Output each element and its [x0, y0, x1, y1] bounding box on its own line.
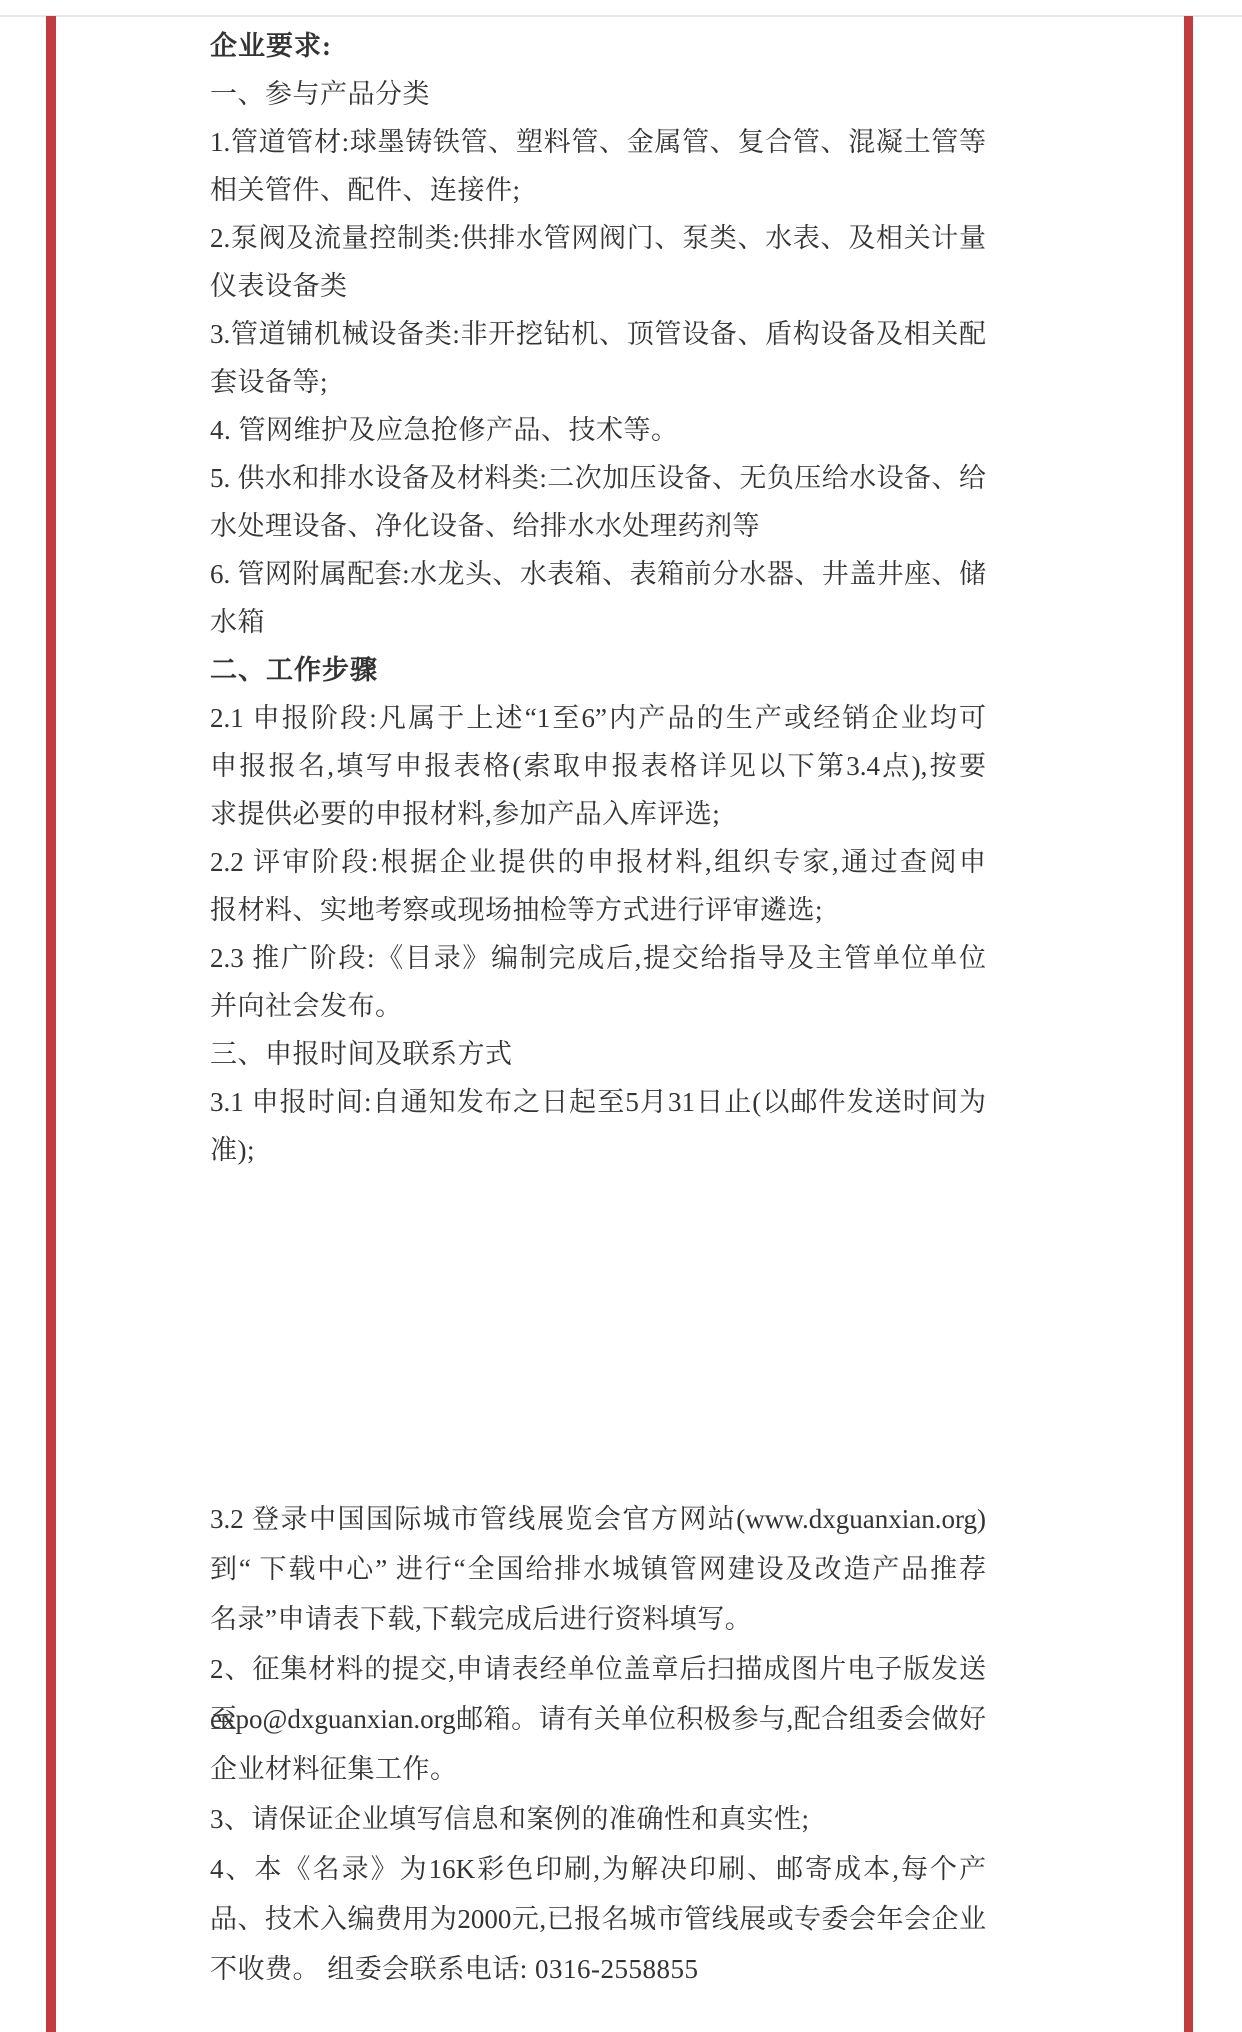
document-line: 2.3 推广阶段:《目录》编制完成后,提交给指导及主管单位单位 [210, 934, 986, 982]
top-divider-line [0, 15, 1242, 17]
right-red-bar [1184, 16, 1193, 2032]
document-line: 企业要求: [210, 22, 986, 70]
document-line: 4、本《名录》为16K彩色印刷,为解决印刷、邮寄成本,每个产 [210, 1844, 986, 1894]
document-line: 求提供必要的申报材料,参加产品入库评选; [210, 790, 986, 838]
document-line: 三、申报时间及联系方式 [210, 1030, 986, 1078]
document-line: 相关管件、配件、连接件; [210, 166, 986, 214]
document-line: 品、技术入编费用为2000元,已报名城市管线展或专委会年会企业 [210, 1894, 986, 1944]
document-line: 3.管道铺机械设备类:非开挖钻机、顶管设备、盾构设备及相关配 [210, 310, 986, 358]
blank-gap [210, 1174, 986, 1494]
document-line: 3、请保证企业填写信息和案例的准确性和真实性; [210, 1794, 986, 1844]
document-line: 申报报名,填写申报表格(索取申报表格详见以下第3.4点),按要 [210, 742, 986, 790]
document-line: 水箱 [210, 598, 986, 646]
document-line: 准); [210, 1126, 986, 1174]
document-line: 名录”申请表下载,下载完成后进行资料填写。 [210, 1594, 986, 1644]
document-line: 二、工作步骤 [210, 646, 986, 694]
document-block-2: 3.2 登录中国国际城市管线展览会官方网站(www.dxguanxian.org… [210, 1494, 986, 1994]
document-line: 2.2 评审阶段:根据企业提供的申报材料,组织专家,通过查阅申 [210, 838, 986, 886]
left-red-bar [46, 16, 56, 2032]
document-line: 水处理设备、净化设备、给排水水处理药剂等 [210, 502, 986, 550]
document-line: 1.管道管材:球墨铸铁管、塑料管、金属管、复合管、混凝土管等 [210, 118, 986, 166]
document-content: 企业要求:一、参与产品分类1.管道管材:球墨铸铁管、塑料管、金属管、复合管、混凝… [210, 22, 986, 1994]
document-line: 到“ 下载中心” 进行“全国给排水城镇管网建设及改造产品推荐 [210, 1544, 986, 1594]
document-line: expo@dxguanxian.org邮箱。请有关单位积极参与,配合组委会做好 [210, 1694, 986, 1744]
document-line: 套设备等; [210, 358, 986, 406]
document-line: 仪表设备类 [210, 262, 986, 310]
document-line: 3.1 申报时间:自通知发布之日起至5月31日止(以邮件发送时间为 [210, 1078, 986, 1126]
document-page: 企业要求:一、参与产品分类1.管道管材:球墨铸铁管、塑料管、金属管、复合管、混凝… [0, 0, 1242, 2032]
document-line: 4. 管网维护及应急抢修产品、技术等。 [210, 406, 986, 454]
document-line: 企业材料征集工作。 [210, 1744, 986, 1794]
document-line: 6. 管网附属配套:水龙头、水表箱、表箱前分水器、井盖井座、储 [210, 550, 986, 598]
document-line: 5. 供水和排水设备及材料类:二次加压设备、无负压给水设备、给 [210, 454, 986, 502]
document-line: 2、征集材料的提交,申请表经单位盖章后扫描成图片电子版发送至 [210, 1644, 986, 1694]
document-line: 2.1 申报阶段:凡属于上述“1至6”内产品的生产或经销企业均可 [210, 694, 986, 742]
document-line: 2.泵阀及流量控制类:供排水管网阀门、泵类、水表、及相关计量 [210, 214, 986, 262]
document-line: 不收费。 组委会联系电话: 0316-2558855 [210, 1944, 986, 1994]
document-line: 报材料、实地考察或现场抽检等方式进行评审遴选; [210, 886, 986, 934]
document-block-1: 企业要求:一、参与产品分类1.管道管材:球墨铸铁管、塑料管、金属管、复合管、混凝… [210, 22, 986, 1174]
document-line: 一、参与产品分类 [210, 70, 986, 118]
document-line: 并向社会发布。 [210, 982, 986, 1030]
document-line: 3.2 登录中国国际城市管线展览会官方网站(www.dxguanxian.org… [210, 1494, 986, 1544]
